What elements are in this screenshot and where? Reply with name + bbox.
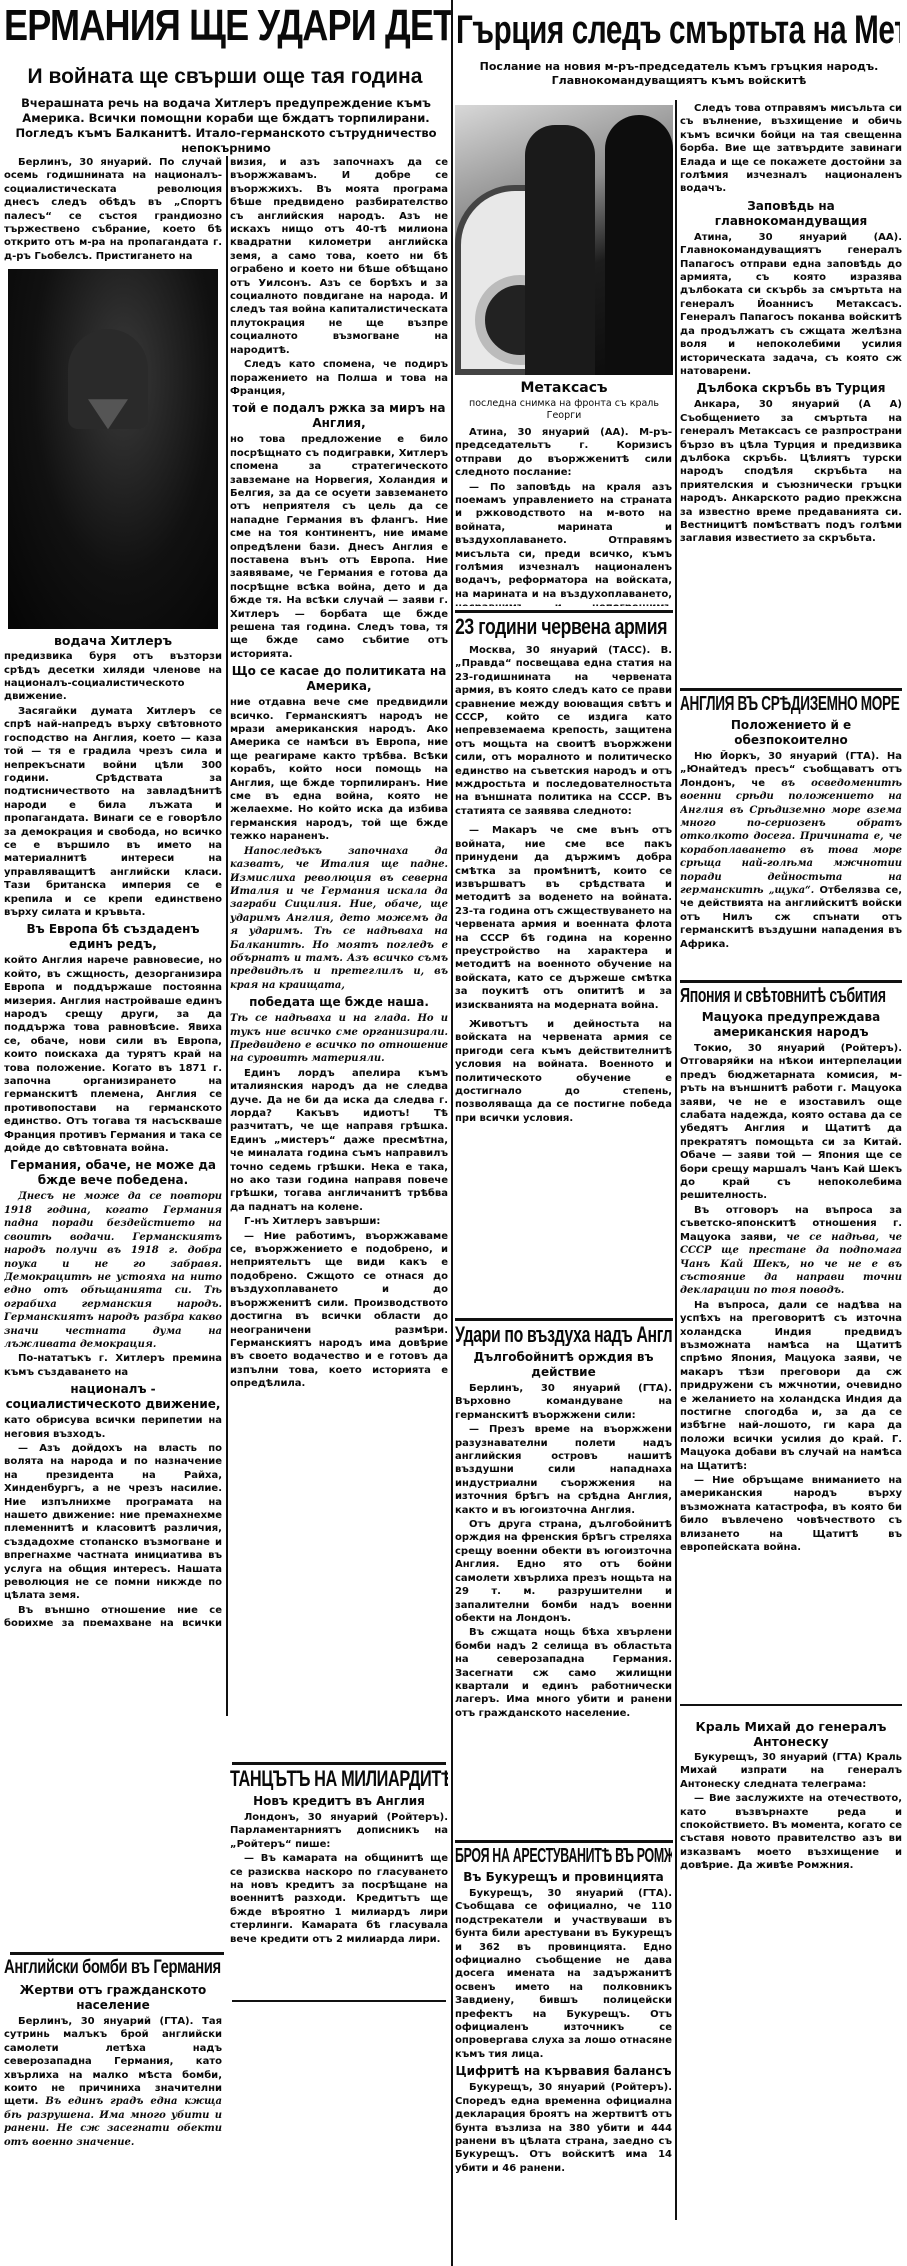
- article-paragraph: — Ние работимъ, въоржжаваме се, въоржжен…: [230, 1230, 448, 1391]
- article-paragraph: Берлинъ, 30 януарий (ГТА). Тая сутринь м…: [4, 2015, 222, 2149]
- mihai-story: Краль Михай до генералъ Антонеску Букуре…: [680, 1716, 902, 1916]
- tanc-subhead: Новъ кредитъ въ Англия: [230, 1794, 448, 1809]
- hitler-photo: [8, 269, 218, 629]
- article-paragraph: — Азъ дойдохъ на власть по волята на нар…: [4, 1442, 222, 1603]
- mihai-headline: Краль Михай до генералъ Антонеску: [680, 1719, 902, 1749]
- article-paragraph: Следъ това отправямъ мисъльта си съ вълн…: [680, 102, 902, 196]
- article-paragraph-italic: Напоследъкъ започнаха да казватъ, че Ита…: [230, 845, 448, 992]
- article-paragraph: като обрисува всички перипетии на негови…: [4, 1414, 222, 1441]
- main-subbanner: И войната ще свърши още тая година: [10, 66, 440, 88]
- metaxas-photo-title: Метаксасъ: [455, 380, 673, 396]
- main-deck: Вчерашната речь на водача Хитлеръ предуп…: [6, 96, 446, 156]
- article-paragraph: Букурещъ, 30 януарий (Ройтеръ). Споредъ …: [455, 2081, 672, 2175]
- metaxas-photo: [455, 105, 673, 375]
- redarmy-story: 23 години червена армия Москва, 30 януар…: [455, 616, 672, 1216]
- med-story: АНГЛИЯ ВЪ СРѢДИЗЕМНО МОРЕ Положението й …: [680, 694, 902, 984]
- article-paragraph: — По заповѣдь на краля азъ поемамъ управ…: [455, 481, 672, 606]
- article-paragraph: Единъ лордъ апелира къмъ италиянския нар…: [230, 1067, 448, 1214]
- article-paragraph: Букурещъ, 30 януарий (ГТА) Краль Михай и…: [680, 1751, 902, 1791]
- greece-column-4: Следъ това отправямъ мисъльта си съ вълн…: [680, 102, 902, 682]
- article-paragraph: ние отдавна вече сме предвидили всичко. …: [230, 696, 448, 843]
- med-headline: АНГЛИЯ ВЪ СРѢДИЗЕМНО МОРЕ: [680, 694, 902, 714]
- article-paragraph: — Вие заслужихте на отечеството, като въ…: [680, 1792, 902, 1872]
- article-subhead: националъ - социалистическото движение,: [4, 1382, 222, 1412]
- article-paragraph: Букурещъ, 30 януарий (ГТА). Съобщава се …: [455, 1887, 672, 2061]
- article-paragraph: Токио, 30 януарий (Ройтеръ). Отговаряйки…: [680, 1042, 902, 1203]
- photo-caption: водача Хитлеръ: [4, 633, 222, 648]
- redarmy-headline: 23 години червена армия: [455, 616, 672, 638]
- article-paragraph: — Макаръ че сме вънъ отъ войната, ние см…: [455, 824, 672, 1012]
- section-divider: [451, 0, 453, 2266]
- article-subhead: Германия, обаче, не може да бжде вече по…: [4, 1158, 222, 1188]
- romania-story: БРОЯ НА АРЕСТУВАНИТѢ ВЪ РОМЖНИЯ Въ Букур…: [455, 1846, 672, 2266]
- article-paragraph: — Въ камарата на общинитѣ ще се разисква…: [230, 1852, 448, 1946]
- air-headline: Удари по въздуха надъ Англия: [455, 1324, 672, 1346]
- article-paragraph: визия, и азъ започнахъ да се въоржжавамъ…: [230, 156, 448, 357]
- greece-banner-headline: Гърция следъ смъртьта на Метаксасъ: [456, 10, 900, 50]
- article-paragraph: Животътъ и дейностьта на войската на чер…: [455, 1018, 672, 1125]
- article-paragraph: предизвика буря отъ възторзи срѣдъ десет…: [4, 650, 222, 704]
- bombs-subhead: Жертви отъ гражданското население: [4, 1983, 222, 2013]
- article-column-2: визия, и азъ започнахъ да се въоржжавамъ…: [230, 156, 448, 1726]
- greece-column-3: Атина, 30 януарий (АА). М-ръ-председател…: [455, 426, 672, 606]
- japan-subhead: Мацуока предупреждава американския народ…: [680, 1010, 902, 1040]
- air-story: Удари по въздуха надъ Англия Дългобойнит…: [455, 1324, 672, 1834]
- photo-officer-shape: [525, 125, 595, 375]
- article-paragraph: Ню Йоркъ, 30 януарий (ГТА). На „Юнайтедъ…: [680, 750, 902, 951]
- article-paragraph: Атина, 30 януарий (АА). М-ръ-председател…: [455, 426, 672, 480]
- metaxas-photo-caption: последна снимка на фронта съ краль Георг…: [465, 398, 663, 422]
- med-italic: въ осведоменитѣ военни срѣди положението…: [680, 778, 902, 896]
- article-paragraph: Въ отговоръ на въпроса за съветско-японс…: [680, 1204, 902, 1298]
- article-paragraph-italic: Тѣ се надѣваха и на глада. Но и тукъ ние…: [230, 1012, 448, 1066]
- article-paragraph: На въпроса, дали се надѣва на успѣхъ на …: [680, 1299, 902, 1473]
- article-paragraph: Засягайки думата Хитлеръ се спрѣ най-нап…: [4, 705, 222, 920]
- article-paragraph: Москва, 30 януарий (ТАСС). В. „Правда“ п…: [455, 644, 672, 818]
- bombs-story: Английски бомби въ Германия Жертви отъ г…: [4, 1958, 222, 2188]
- air-subhead: Дългобойнитѣ орждия въ действие: [455, 1350, 672, 1380]
- story-rule: [680, 980, 902, 983]
- article-paragraph: — Ние обръщаме вниманието на американски…: [680, 1474, 902, 1554]
- greece-deck: Послание на новия м-ръ-председатель къмъ…: [456, 60, 902, 88]
- article-paragraph: Следъ като спомена, че подиръ поражениет…: [230, 358, 448, 398]
- article-subhead: Въ Европа бѣ създаденъ единъ редъ,: [4, 922, 222, 952]
- story-rule: [455, 610, 673, 613]
- article-paragraph: Атина, 30 януарий (АА). Главнокомандуващ…: [680, 231, 902, 378]
- article-subhead: победата ще бжде наша.: [230, 995, 448, 1010]
- main-banner-headline: ЕРМАНИЯ ЩЕ УДАРИ ДЕТО МОЖЕ: [4, 4, 451, 54]
- column-divider: [675, 100, 677, 2220]
- article-paragraph: Г-нъ Хитлеръ завърши:: [230, 1215, 448, 1228]
- article-paragraph: Анкара, 30 януарий (А А) Съобщението за …: [680, 398, 902, 545]
- story-rule: [680, 688, 902, 691]
- photo-man-shape: [605, 115, 673, 375]
- romania-subhead-2: Цифритѣ на кървавия балансъ: [455, 2064, 672, 2079]
- story-rule: [680, 1704, 902, 1706]
- article-subhead: той е подалъ ржка за миръ на Англия,: [230, 401, 448, 431]
- article-paragraph: — Презъ време на въоржжени разузнавателн…: [455, 1423, 672, 1517]
- article-paragraph: Берлинъ, 30 януарий. По случай осемь год…: [4, 156, 222, 263]
- article-subhead: Дълбока скръбь въ Турция: [680, 381, 902, 396]
- article-paragraph: Отъ друга страна, дългобойнитѣ орждия на…: [455, 1518, 672, 1625]
- story-rule: [455, 1318, 673, 1321]
- med-subhead: Положението й е обезпокоително: [680, 718, 902, 748]
- article-column-1: Берлинъ, 30 януарий. По случай осемь год…: [4, 156, 222, 1626]
- article-paragraph: Въ външно отношение ние се борихме за пр…: [4, 1604, 222, 1626]
- story-rule: [232, 1762, 446, 1765]
- bombs-headline: Английски бомби въ Германия: [4, 1958, 222, 1977]
- article-paragraph: но това предложение е било посрѣщнато съ…: [230, 433, 448, 661]
- article-paragraph: който Англия нарече равновесие, но който…: [4, 954, 222, 1155]
- tanc-story: ТАНЦЪТЪ НА МИЛИАРДИТѢ Новъ кредитъ въ Ан…: [230, 1768, 448, 2008]
- romania-headline: БРОЯ НА АРЕСТУВАНИТѢ ВЪ РОМЖНИЯ: [455, 1846, 672, 1866]
- article-paragraph-italic: Днесъ не може да се повтори 1918 година,…: [4, 1190, 222, 1351]
- tanc-headline: ТАНЦЪТЪ НА МИЛИАРДИТѢ: [230, 1768, 448, 1790]
- column-divider: [226, 156, 228, 1716]
- article-subhead: Що се касае до политиката на Америка,: [230, 664, 448, 694]
- article-paragraph: Лондонъ, 30 януарий (Ройтеръ). Парламент…: [230, 1811, 448, 1851]
- japan-headline: Япония и свѣтовнитѣ събития: [680, 986, 902, 1006]
- japan-story: Япония и свѣтовнитѣ събития Мацуока пред…: [680, 986, 902, 1726]
- article-paragraph: По-нататъкъ г. Хитлеръ премина къмъ създ…: [4, 1352, 222, 1379]
- romania-subhead: Въ Букурещъ и провинцията: [455, 1870, 672, 1885]
- article-paragraph: Берлинъ, 30 януарий (ГТА). Върховно кома…: [455, 1382, 672, 1422]
- article-paragraph: Въ сжщата нощь бѣха хвърлени бомби надъ …: [455, 1626, 672, 1720]
- story-rule: [10, 1952, 224, 1955]
- story-rule: [232, 2000, 446, 2002]
- article-subhead: Заповѣдь на главнокомандуващия: [680, 199, 902, 229]
- story-rule: [455, 1840, 673, 1843]
- bombs-text: Берлинъ, 30 януарий (ГТА). Тая сутринь м…: [4, 2016, 222, 2107]
